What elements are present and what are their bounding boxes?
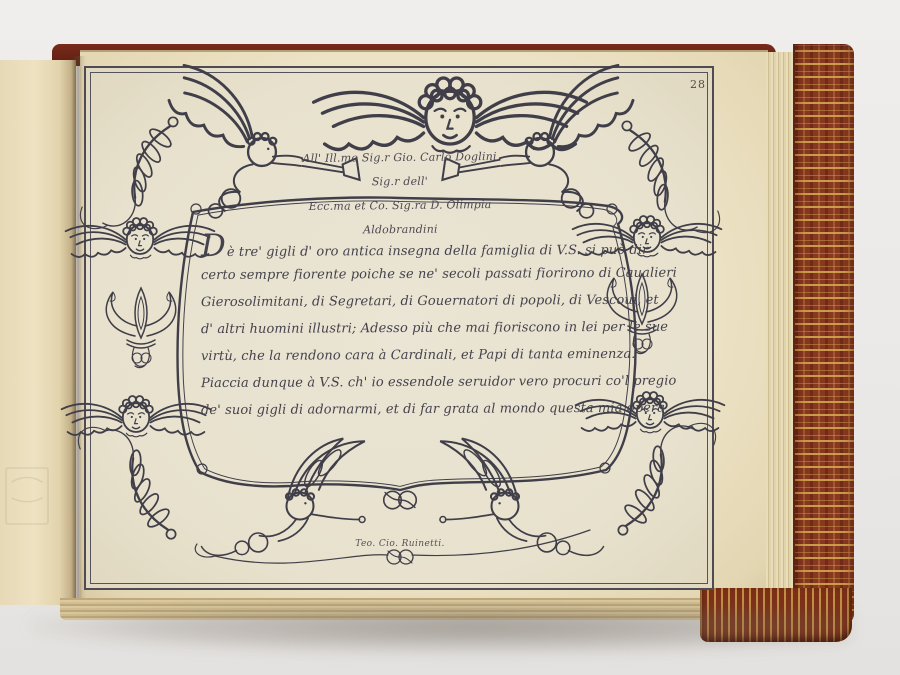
calligraphy-text-block: Dè tre' gigli d' oro antica insegna dell… [201, 240, 621, 429]
calligraphy-line: de' suoi gigli di adornarmi, et di far g… [201, 401, 621, 430]
dedication: All' Ill.mo Sig.r Gio. Carlo Doglini Sig… [300, 145, 501, 243]
calligraphy-line: Piaccia dunque à V.S. ch' io essendole s… [201, 374, 621, 403]
gilt-leather-cover-edge [793, 44, 854, 624]
book-shadow [30, 608, 850, 654]
page-edges-stack [766, 52, 794, 608]
dedication-line: Ecc.ma et Co. Sig.ra D. Olimpia Aldobran… [300, 193, 500, 243]
dedication-line: All' Ill.mo Sig.r Gio. Carlo Doglini Sig… [300, 145, 500, 195]
calligraphy-line: virtù, che la rendono cara à Cardinali, … [201, 347, 621, 376]
calligraphy-line: d' altri huomini illustri; Adesso più ch… [201, 320, 621, 349]
engraver-signature: Teo. Cio. Ruinetti. [330, 539, 470, 549]
left-blank-page [0, 60, 76, 605]
calligraphy-line: Gierosolimitani, di Segretari, di Gouern… [201, 293, 621, 322]
calligraphy-line: certo sempre fiorente poiche se ne' seco… [201, 266, 621, 295]
page-number: 28 [690, 78, 706, 91]
photo-background: 28 [0, 0, 900, 675]
calligraphy-line: Dè tre' gigli d' oro antica insegna dell… [201, 239, 621, 268]
